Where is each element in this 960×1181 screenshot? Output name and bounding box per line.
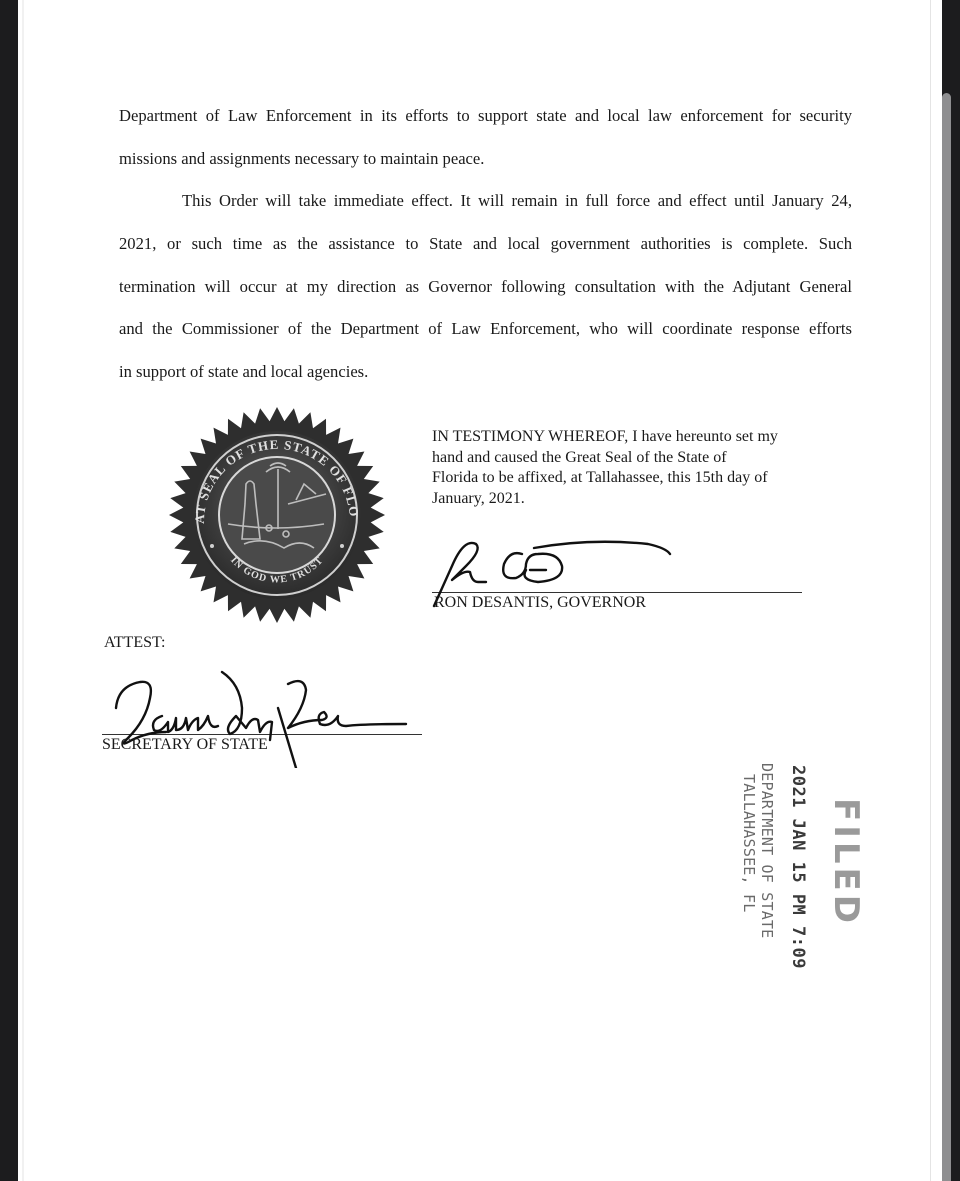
body-line: This Order will take immediate effect. I… bbox=[119, 180, 852, 223]
viewer-left-margin bbox=[0, 0, 18, 1181]
stamp-department: DEPARTMENT OF STATE bbox=[758, 763, 776, 938]
secretary-title: SECRETARY OF STATE bbox=[102, 736, 268, 754]
body-line: in support of state and local agencies. bbox=[119, 351, 852, 394]
body-line: and the Commissioner of the Department o… bbox=[119, 308, 852, 351]
filed-stamp: FILED 2021 JAN 15 PM 7:09 DEPARTMENT OF … bbox=[728, 760, 868, 960]
body-line: missions and assignments necessary to ma… bbox=[119, 138, 852, 181]
testimony-line: hand and caused the Great Seal of the St… bbox=[432, 448, 832, 469]
scrollbar-thumb[interactable] bbox=[942, 93, 951, 1181]
page-edge bbox=[22, 0, 24, 1181]
governor-name: RON DESANTIS, GOVERNOR bbox=[434, 594, 646, 612]
body-line: termination will occur at my direction a… bbox=[119, 266, 852, 309]
body-line: Department of Law Enforcement in its eff… bbox=[119, 95, 852, 138]
testimony-line: Florida to be affixed, at Tallahassee, t… bbox=[432, 468, 832, 489]
testimony-line: January, 2021. bbox=[432, 489, 832, 510]
stamp-city: TALLAHASSEE, FL bbox=[740, 774, 758, 912]
stamp-datetime: 2021 JAN 15 PM 7:09 bbox=[788, 765, 808, 969]
testimony-clause: IN TESTIMONY WHEREOF, I have hereunto se… bbox=[432, 427, 832, 510]
body-line: 2021, or such time as the assistance to … bbox=[119, 223, 852, 266]
testimony-line: IN TESTIMONY WHEREOF, I have hereunto se… bbox=[432, 427, 832, 448]
attest-label: ATTEST: bbox=[104, 634, 165, 652]
stamp-filed-label: FILED bbox=[826, 798, 866, 927]
great-seal-of-florida: GREAT SEAL OF THE STATE OF FLORIDA IN GO… bbox=[166, 404, 388, 626]
order-body-text: Department of Law Enforcement in its eff… bbox=[119, 95, 852, 394]
page-scan-edge bbox=[930, 0, 931, 1181]
